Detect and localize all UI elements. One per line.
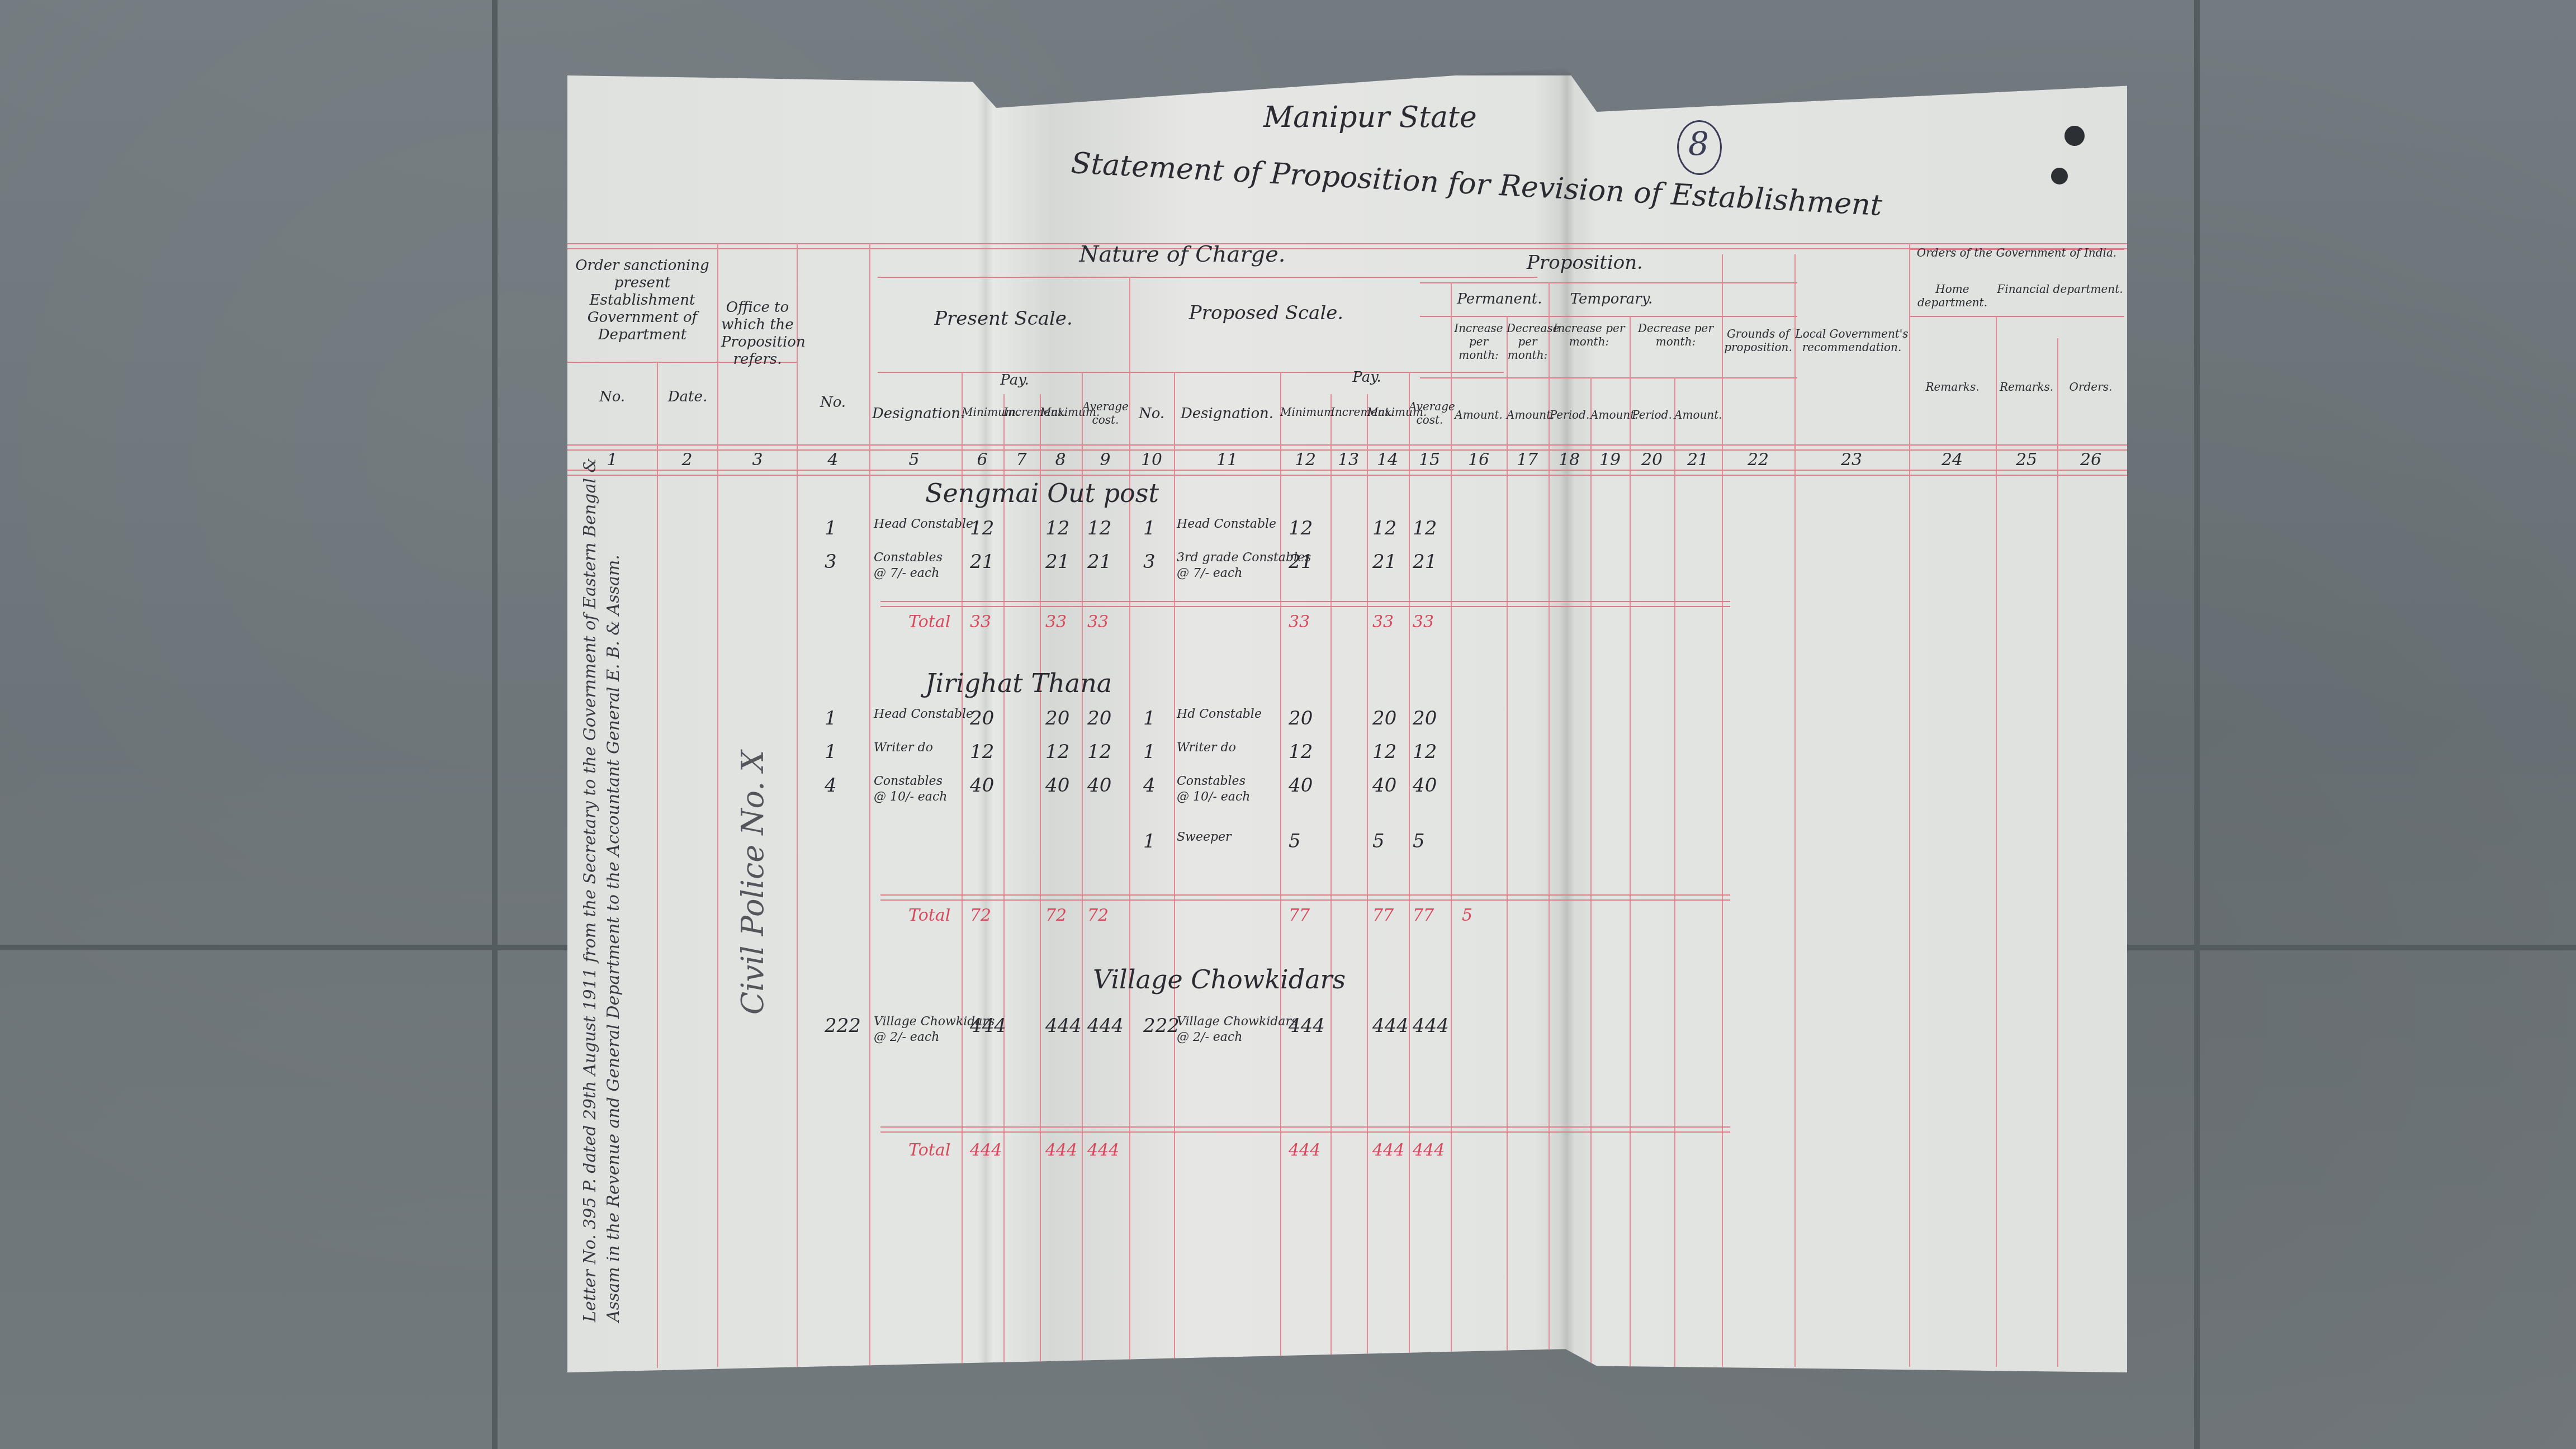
column-number: 21 [1681,450,1715,470]
page-number: 8 [1688,125,1709,163]
total-proposed-maximum: 444 [1372,1140,1404,1160]
column-number: 17 [1510,450,1544,470]
total-average-cost: 33 [1087,612,1109,632]
row-number: 3 [825,551,837,573]
header-office: Office to which the Proposition refers. [721,299,794,368]
header-financial-dept: Financial department. [1996,282,2124,296]
column-number: 3 [741,450,774,470]
total-proposed-average-cost: 77 [1413,906,1434,925]
row-proposed-average-cost: 40 [1413,774,1437,797]
statement-sheet: Manipur State Statement of Proposition f… [567,75,2127,1372]
rule [1040,394,1041,1367]
row-designation-rate: @ 10/- each [874,790,947,804]
row-minimum: 40 [970,774,994,797]
rule [1674,377,1675,1367]
rule [1420,282,1797,283]
row-proposed-minimum: 40 [1289,774,1313,797]
header-pay-present: Pay. [987,372,1043,389]
row-minimum: 12 [970,517,994,539]
rule [1330,394,1332,1367]
column-number: 14 [1371,450,1404,470]
row-designation-rate: @ 7/- each [874,566,939,581]
row-minimum: 444 [970,1015,1006,1037]
row-average-cost: 21 [1087,551,1111,573]
rule [717,243,718,1367]
row-designation-rate: @ 2/- each [874,1030,939,1045]
total-average-cost: 72 [1087,906,1109,925]
row-proposed-designation: Constables [1177,774,1246,789]
row-average-cost: 12 [1087,517,1111,539]
header-remarks-24: Remarks. [1909,380,1996,394]
total-proposed-maximum: 33 [1372,612,1394,632]
row-proposed-maximum: 12 [1372,741,1396,763]
column-number: 25 [2010,450,2043,470]
row-proposed-number: 222 [1143,1015,1180,1037]
row-proposed-designation: Hd Constable [1177,707,1262,722]
rule [797,243,798,1367]
rule [1420,377,1797,378]
row-number: 1 [825,707,837,730]
row-proposed-average-cost: 12 [1413,517,1437,539]
column-number: 18 [1552,450,1586,470]
total-label: Total [908,906,950,925]
row-maximum: 20 [1045,707,1069,730]
punch-hole [2064,126,2085,146]
header-order-sanctioning: Order sanctioning present Establishment … [567,257,717,344]
header-present-scale: Present Scale. [886,310,1121,328]
header-order-date: Date. [660,389,716,406]
row-designation: Constables [874,774,943,789]
header-orders-goi: Orders of the Government of India. [1909,246,2124,259]
rule [1909,243,1910,1367]
row-number: 222 [825,1015,861,1037]
row-proposed-designation-rate: @ 10/- each [1177,790,1250,804]
header-permanent: Permanent. [1451,291,1549,308]
row-proposed-average-cost: 21 [1413,551,1437,573]
total-label: Total [908,612,950,632]
row-proposed-designation: Village Chowkidars [1177,1015,1298,1029]
header-temp-decrease: Decrease per month: [1630,321,1722,348]
row-maximum: 444 [1045,1015,1082,1037]
rule [1367,394,1368,1367]
header-local-govt: Local Government's recommendation. [1794,327,1909,354]
row-average-cost: 444 [1087,1015,1124,1037]
total-rule [880,894,1730,901]
total-rule [880,601,1730,607]
order-reference-text: Letter No. 395 P. dated 29th August 1911… [579,456,626,1322]
header-remarks-25: Remarks. [1996,380,2057,394]
rule [1909,316,2124,317]
row-proposed-average-cost: 444 [1413,1015,1449,1037]
section-title: Jirighat Thana [925,668,1112,698]
column-number: 12 [1289,450,1322,470]
row-average-cost: 12 [1087,741,1111,763]
column-number: 8 [1044,450,1077,470]
row-minimum: 12 [970,741,994,763]
rule [878,277,1537,278]
rule [1451,282,1452,1367]
header-period-18: Period. [1549,408,1590,422]
column-number: 16 [1462,450,1495,470]
rule [1549,282,1550,1367]
header-amount-21: Amount. [1674,408,1722,422]
rule [1280,372,1281,1367]
row-proposed-number: 1 [1143,830,1156,853]
row-proposed-maximum: 40 [1372,774,1396,797]
row-number: 1 [825,517,837,539]
row-proposed-maximum: 12 [1372,517,1396,539]
row-designation: Head Constable [874,517,973,532]
total-maximum: 33 [1045,612,1067,632]
row-proposed-designation-rate: @ 2/- each [1177,1030,1242,1045]
header-nature-of-charge: Nature of Charge. [1043,246,1322,263]
header-maximum-present: Maximum. [1040,405,1082,419]
rule [1794,254,1796,1367]
column-number: 2 [670,450,704,470]
row-proposed-designation-rate: @ 7/- each [1177,566,1242,581]
total-proposed-minimum: 444 [1289,1140,1320,1160]
header-minimum-proposed: Minimum. [1280,405,1330,419]
column-number: 4 [816,450,850,470]
column-number: 13 [1332,450,1365,470]
total-proposed-minimum: 77 [1289,906,1310,925]
row-proposed-number: 1 [1143,517,1156,539]
row-proposed-number: 1 [1143,741,1156,763]
office-reference-text: Civil Police No. X [735,750,770,1015]
column-number: 10 [1135,450,1168,470]
total-permanent-increase: 5 [1462,906,1472,925]
section-title: Sengmai Out post [925,478,1159,508]
row-proposed-average-cost: 12 [1413,741,1437,763]
header-minimum-present: Minimum. [962,405,1003,419]
header-average-cost-present: Average cost. [1082,400,1129,427]
header-orders-26: Orders. [2057,380,2124,394]
row-designation: Constables [874,551,943,565]
row-number: 4 [825,774,837,797]
column-number: 5 [897,450,931,470]
row-proposed-maximum: 5 [1372,830,1385,853]
row-average-cost: 20 [1087,707,1111,730]
column-number: 26 [2074,450,2108,470]
total-maximum: 444 [1045,1140,1077,1160]
row-proposed-designation: Head Constable [1177,517,1276,532]
rule [1129,277,1130,1367]
row-proposed-designation: Writer do [1177,741,1236,755]
header-perm-increase: Increase per month: [1451,321,1507,362]
row-number: 1 [825,741,837,763]
header-amount-17: Amount. [1507,408,1549,422]
row-average-cost: 40 [1087,774,1111,797]
header-order-no: No. [579,389,646,406]
header-temporary: Temporary. [1549,291,1674,308]
row-designation: Writer do [874,741,933,755]
rule [2057,338,2058,1367]
header-designation-present: Designation. [872,405,962,423]
rule [567,470,2127,476]
total-average-cost: 444 [1087,1140,1119,1160]
total-proposed-average-cost: 444 [1413,1140,1445,1160]
rule [878,372,1504,373]
rule [1996,316,1997,1367]
column-number: 11 [1210,450,1244,470]
row-maximum: 21 [1045,551,1069,573]
total-maximum: 72 [1045,906,1067,925]
total-label: Total [908,1140,950,1160]
column-number: 15 [1413,450,1446,470]
rule [1420,316,1797,317]
column-number: 22 [1741,450,1775,470]
rule [1590,377,1592,1367]
total-proposed-maximum: 77 [1372,906,1394,925]
row-proposed-number: 4 [1143,774,1156,797]
row-proposed-average-cost: 5 [1413,830,1425,853]
document-title: Statement of Proposition for Revision of… [1070,146,1883,222]
document-heading: Manipur State [1263,101,1477,134]
header-home-dept: Home department. [1909,282,1996,309]
header-period-20: Period. [1630,408,1674,422]
rule [1003,394,1005,1367]
row-proposed-maximum: 20 [1372,707,1396,730]
column-number: 20 [1635,450,1669,470]
row-proposed-number: 3 [1143,551,1156,573]
header-proposition: Proposition. [1451,254,1719,272]
column-number: 24 [1935,450,1969,470]
header-pay-proposed: Pay. [1339,369,1395,386]
row-proposed-minimum: 12 [1289,741,1313,763]
row-proposed-number: 1 [1143,707,1156,730]
rule [1174,372,1175,1367]
total-rule [880,1126,1730,1133]
row-proposed-designation: Sweeper [1177,830,1232,845]
total-minimum: 33 [970,612,991,632]
row-proposed-minimum: 5 [1289,830,1301,853]
row-designation: Head Constable [874,707,973,722]
row-maximum: 40 [1045,774,1069,797]
header-no: No. [802,394,864,411]
row-proposed-minimum: 444 [1289,1015,1325,1037]
header-no-proposed: No. [1129,405,1174,423]
row-proposed-average-cost: 20 [1413,707,1437,730]
total-minimum: 72 [970,906,991,925]
rule [1409,372,1410,1367]
punch-hole [2051,168,2068,184]
header-temp-increase: Increase per month: [1549,321,1630,348]
tile-grout [2194,0,2200,1449]
header-amount-19: Amount. [1590,408,1630,422]
header-increment-present: Increment. [1003,405,1040,419]
header-grounds: Grounds of proposition. [1722,327,1794,354]
header-designation-proposed: Designation. [1174,405,1280,423]
row-proposed-maximum: 21 [1372,551,1396,573]
row-proposed-minimum: 21 [1289,551,1313,573]
column-number: 9 [1088,450,1122,470]
section-title: Village Chowkidars [1093,964,1346,995]
rule [567,243,2127,249]
header-average-cost-proposed: Average cost. [1409,400,1451,427]
column-number: 19 [1593,450,1627,470]
rule [1082,372,1083,1367]
row-maximum: 12 [1045,517,1069,539]
column-number: 6 [965,450,999,470]
rule [1630,316,1631,1367]
total-proposed-average-cost: 33 [1413,612,1434,632]
row-proposed-minimum: 20 [1289,707,1313,730]
header-amount-16: Amount. [1451,408,1507,422]
header-increment-proposed: Increment. [1330,405,1367,419]
total-proposed-minimum: 33 [1289,612,1310,632]
header-maximum-proposed: Maximum. [1367,405,1409,419]
row-minimum: 20 [970,707,994,730]
rule [657,362,658,1368]
tile-grout [492,0,498,1449]
column-number: 23 [1835,450,1868,470]
row-minimum: 21 [970,551,994,573]
row-proposed-minimum: 12 [1289,517,1313,539]
total-minimum: 444 [970,1140,1002,1160]
rule [1507,316,1508,1367]
rule [869,243,870,1367]
row-proposed-maximum: 444 [1372,1015,1409,1037]
row-maximum: 12 [1045,741,1069,763]
column-number: 7 [1005,450,1038,470]
header-proposed-scale: Proposed Scale. [1149,305,1384,322]
header-perm-decrease: Decrease per month: [1507,321,1549,362]
